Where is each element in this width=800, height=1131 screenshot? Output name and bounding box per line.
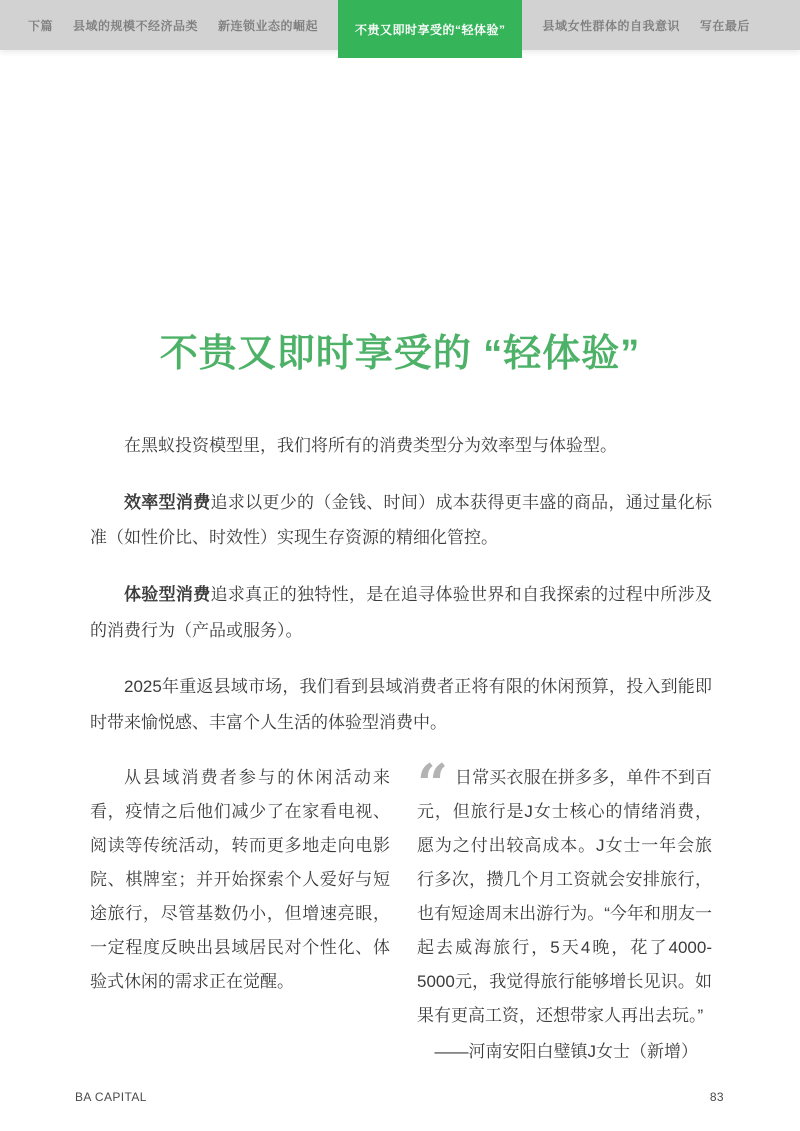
nav-tab-new-chain-formats[interactable]: 新连锁业态的崛起: [218, 17, 318, 34]
nav-tab-light-experience-active[interactable]: 不贵又即时享受的“轻体验”: [338, 0, 523, 58]
left-column-paragraph: 从县域消费者参与的休闲活动来看，疫情之后他们减少了在家看电视、阅读等传统活动，转…: [90, 761, 390, 1069]
quote-body: “日常买衣服在拼多多，单件不到百元，但旅行是J女士核心的情绪消费，愿为之付出较高…: [417, 761, 712, 1033]
paragraph-lead-experience: 体验型消费: [124, 585, 211, 604]
two-column-section: 从县域消费者参与的休闲活动来看，疫情之后他们减少了在家看电视、阅读等传统活动，转…: [90, 761, 712, 1069]
nav-tab-women-self-awareness[interactable]: 县域女性群体的自我意识: [542, 17, 680, 34]
body-paragraph-4: 2025年重返县域市场，我们看到县域消费者正将有限的休闲预算，投入到能即时带来愉…: [90, 669, 712, 740]
body-paragraph-2: 效率型消费追求以更少的（金钱、时间）成本获得更丰盛的商品，通过量化标准（如性价比…: [90, 485, 712, 556]
page-footer: BA CAPITAL 83: [0, 1090, 800, 1104]
quote-attribution: ——河南安阳白璧镇J女士（新增）: [417, 1035, 712, 1069]
quote-text: 日常买衣服在拼多多，单件不到百元，但旅行是J女士核心的情绪消费，愿为之付出较高成…: [417, 768, 712, 1025]
nav-tab-next-part[interactable]: 下篇: [28, 17, 53, 34]
chapter-nav-bar: 下篇 县域的规模不经济品类 新连锁业态的崛起 不贵又即时享受的“轻体验” 县域女…: [0, 0, 800, 50]
body-paragraph-3: 体验型消费追求真正的独特性，是在追寻体验世界和自我探索的过程中所涉及的消费行为（…: [90, 577, 712, 648]
interview-quote-column: “日常买衣服在拼多多，单件不到百元，但旅行是J女士核心的情绪消费，愿为之付出较高…: [417, 761, 712, 1069]
nav-tab-epilogue[interactable]: 写在最后: [700, 17, 750, 34]
page-number: 83: [710, 1090, 724, 1104]
article-body: 在黑蚁投资模型里，我们将所有的消费类型分为效率型与体验型。 效率型消费追求以更少…: [90, 428, 712, 762]
paragraph-text: 2025年重返县域市场，我们看到县域消费者正将有限的休闲预算，投入到能即时带来愉…: [90, 677, 712, 732]
brand-label: BA CAPITAL: [75, 1090, 147, 1104]
quote-mark-icon: “: [417, 761, 455, 791]
report-page: { "nav": { "tabs": [ {"label": "下篇", "ac…: [0, 0, 800, 1131]
paragraph-lead-efficiency: 效率型消费: [124, 493, 211, 512]
body-paragraph-1: 在黑蚁投资模型里，我们将所有的消费类型分为效率型与体验型。: [90, 428, 712, 464]
nav-tab-diseconomies-of-scale[interactable]: 县域的规模不经济品类: [73, 17, 198, 34]
paragraph-text: 在黑蚁投资模型里，我们将所有的消费类型分为效率型与体验型。: [124, 436, 617, 455]
page-title: 不贵又即时享受的 “轻体验”: [0, 322, 800, 377]
